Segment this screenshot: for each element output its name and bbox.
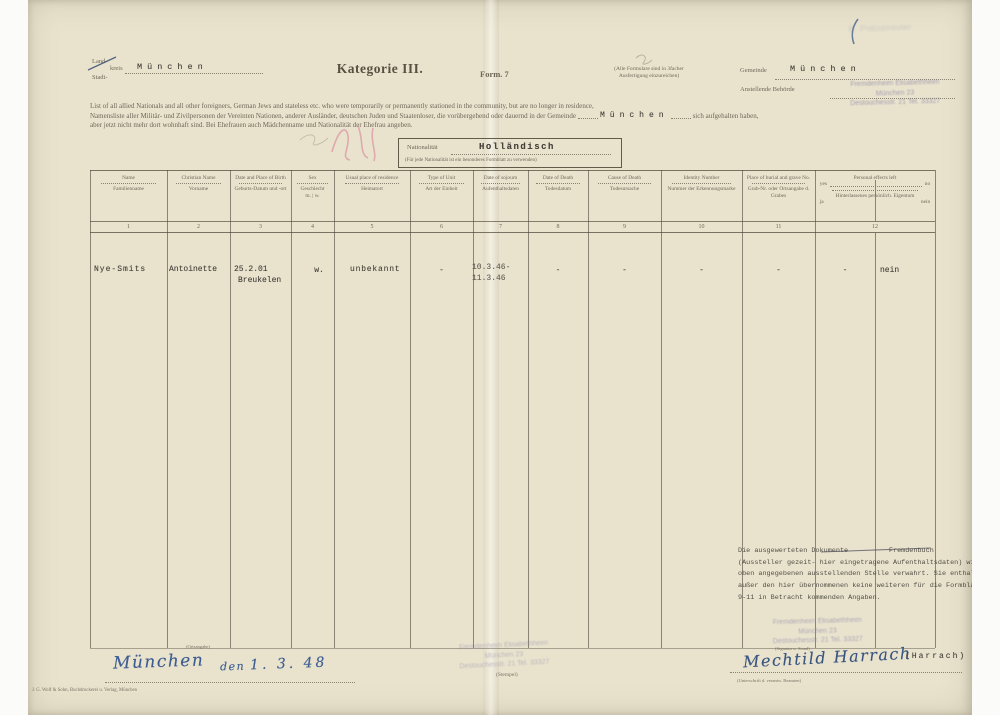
intro-german-after: sich aufgehalten haben, (693, 112, 759, 120)
entry-death-cause: - (588, 266, 661, 275)
table-rule (528, 170, 529, 648)
header-dotted-divider (419, 183, 464, 184)
col-header-identity: Identity Number Nummer der Erkennungsmar… (661, 172, 742, 220)
col-de: Vorname (189, 186, 208, 192)
copies-note-line1: (Alle Formulare sind in 3facher (614, 66, 684, 72)
entry-birth-date: 25.2.01 (234, 265, 268, 274)
form-number: Form. 7 (480, 69, 509, 79)
header-dotted-divider (536, 183, 579, 184)
header-dotted-divider (672, 183, 730, 184)
col-num: 3 (230, 222, 291, 232)
table-rule (90, 170, 935, 171)
nationality-blank-line (451, 153, 611, 155)
remark-line: oben angegebenen ausstellenden Stelle ve… (738, 569, 972, 581)
header-dotted-divider (176, 183, 221, 184)
intro-german-line2: aber jetzt nicht mehr dort wohnhaft sind… (90, 121, 412, 129)
gemeinde-value: München (790, 64, 861, 74)
page-title: Kategorie III. (325, 61, 435, 77)
copies-note-line2: Ausfertigung einzureichen) (619, 73, 679, 79)
nationality-box: Nationalität Holländisch (Für jede Natio… (398, 138, 622, 168)
entry-effects-yes: - (815, 266, 875, 275)
col-header-burial: Place of burial and grave No. Grab-Nr. o… (742, 172, 815, 220)
remark-line: 9-11 in Betracht kommenden Angaben. (738, 593, 972, 605)
col-de: Todesursache (610, 186, 639, 192)
scanned-document-page: Land- kreis Stadt- München Kategorie III… (0, 0, 1000, 715)
place-handwritten: München (113, 650, 205, 673)
nationality-value: Holländisch (479, 142, 555, 152)
col-en: Date of Death (543, 175, 573, 181)
behoerde-label: Anstellende Behörde (740, 86, 795, 93)
table-rule (90, 232, 935, 233)
intro-german-place: München (600, 111, 669, 120)
col-en: Date and Place of Birth (235, 175, 286, 181)
dotted-leader (830, 186, 922, 187)
table-rule (334, 170, 335, 648)
kreis-label: kreis (110, 65, 123, 72)
col-de: Art der Einheit (425, 186, 457, 192)
entry-sex: w. (306, 266, 332, 275)
col-en: Usual place of residence (346, 175, 399, 181)
col-en: Christian Name (182, 175, 216, 181)
printer-imprint: J. G. Wolf & Sohn, Buchdruckerei u. Verl… (32, 688, 137, 693)
place-date-line (105, 681, 355, 683)
effects-yes-no-row-de: ja nein (820, 199, 930, 205)
col-de: Grab-Nr. oder Ortsangabe d. Grabes (742, 186, 815, 199)
entry-death-date: - (528, 266, 588, 275)
entry-sojourn-from: 10.3.46- (472, 263, 510, 272)
col-num: 10 (661, 222, 742, 232)
effects-no-de: nein (921, 199, 930, 205)
remark-line: (Aussteller gezeit- hier eingetragene Au… (738, 558, 972, 570)
col-header-sojourn: Date of sojourn Aufenthaltsdaten (473, 172, 528, 220)
col-en: Identity Number (684, 175, 720, 181)
table-rule (473, 170, 474, 648)
copies-note: (Alle Formulare sind in 3facher Ausferti… (594, 66, 704, 80)
col-num: 12 (815, 222, 935, 232)
paper: Land- kreis Stadt- München Kategorie III… (28, 0, 972, 715)
land-label: Land- (92, 58, 108, 65)
gemeinde-label: Gemeinde (740, 67, 767, 74)
header-dotted-divider (598, 183, 651, 184)
col-de: Geburts-Datum und -ort (234, 186, 286, 192)
col-en: Place of burial and grave No. (747, 175, 810, 181)
col-num: 1 (90, 222, 167, 232)
col-sub-mw: m. | w. (305, 193, 319, 199)
col-header-unit: Type of Unit Art der Einheit (410, 172, 473, 220)
col-de: Aufenthaltsdaten (482, 186, 519, 192)
entry-burial-place: - (742, 266, 815, 275)
table-rule (90, 170, 91, 648)
col-en: Date of sojourn (484, 175, 518, 181)
stadt-label: Stadt- (92, 74, 108, 81)
col-en: Cause of Death (608, 175, 641, 181)
col-header-name: Name Familienname (90, 172, 167, 220)
intro-german-before: Namensliste aller Militär- und Zivilpers… (90, 112, 576, 120)
header-dotted-divider (297, 183, 328, 184)
col-en: Name (122, 175, 135, 181)
entry-sojourn-to: 11.3.46 (472, 274, 506, 283)
red-pencil-scribble (332, 126, 375, 161)
ort-label: (Ortsangabe) (186, 644, 210, 649)
effects-yes-no-row-en: yes no (820, 181, 930, 187)
entry-birth-place: Breukelen (238, 276, 281, 285)
header-dotted-divider (345, 183, 400, 184)
signature-typed: (Harrach) (905, 652, 966, 661)
col-num: 4 (291, 222, 334, 232)
signature-line (730, 671, 962, 673)
col-de: Heimatort (361, 186, 383, 192)
col-de: Familienname (113, 186, 144, 192)
intro-blank-dots-right (671, 117, 691, 119)
entry-residence: unbekannt (350, 265, 400, 274)
col-header-christian-name: Christian Name Vorname (167, 172, 230, 220)
intro-german-line1: Namensliste aller Militär- und Zivilpers… (90, 111, 758, 120)
col-header-residence: Usual place of residence Heimatort (334, 172, 410, 220)
office-stamp-center: Fremdenheim Elisabethheim München 23 Des… (427, 637, 580, 673)
col-header-sex: Sex Geschlecht m. | w. (291, 172, 334, 220)
den-label-handwritten: den (220, 660, 245, 673)
entry-unit: - (410, 266, 473, 275)
region-value: München (137, 62, 208, 72)
table-rule (588, 170, 589, 648)
office-stamp-top: Fremdenheim Elisabethheim München 23 Des… (820, 77, 971, 109)
region-blank-line (125, 72, 263, 74)
entry-christian-name: Antoinette (169, 265, 217, 274)
col-header-birth: Date and Place of Birth Geburts-Datum un… (230, 172, 291, 220)
remark-line: außer den hier übernommenen keine weiter… (738, 581, 972, 593)
nationality-label: Nationalität (407, 144, 438, 151)
col-header-effects: Personal effects left yes no Hinterlasse… (815, 172, 935, 220)
signature-role-label: (Unterschrift d. verantw. Beamten) (737, 678, 801, 683)
col-num: 11 (742, 222, 815, 232)
header-dotted-divider (832, 190, 918, 191)
table-rule (410, 170, 411, 648)
col-num: 9 (588, 222, 661, 232)
effects-yes-en: yes (820, 181, 827, 187)
header-dotted-divider (101, 183, 156, 184)
col-num: 2 (167, 222, 230, 232)
table-rule (230, 170, 231, 648)
pencil-scribble-left (300, 135, 328, 145)
header-dotted-divider (752, 183, 805, 184)
col-num: 7 (473, 222, 528, 232)
entry-family-name: Nye-Smits (94, 265, 146, 274)
effects-yes-de: ja (820, 199, 824, 205)
col-header-death-date: Date of Death Todesdatum (528, 172, 588, 220)
col-en: Sex (308, 175, 316, 181)
col-de: Nummer der Erkennungsmarke (668, 186, 736, 192)
remark-line: Die ausgewerteten Dokumente Fremdenbuch (738, 546, 972, 558)
table-rule (291, 170, 292, 648)
entry-identity-number: - (661, 266, 742, 275)
col-en: Type of Unit (428, 175, 455, 181)
intro-blank-dots-left (578, 117, 598, 119)
col-num: 6 (410, 222, 473, 232)
office-stamp-right: Fremdenheim Elisabethheim München 23 Des… (755, 615, 881, 647)
table-rule (167, 170, 168, 648)
effects-no-en: no (925, 181, 930, 187)
header-dotted-divider (239, 183, 283, 184)
nationality-note: (Für jede Nationalität ist ein besondere… (405, 158, 537, 163)
col-header-death-cause: Cause of Death Todesursache (588, 172, 661, 220)
intro-english: List of all allied Nationals and all oth… (90, 102, 594, 110)
date-handwritten: 1. 3. 48 (250, 655, 328, 674)
entry-effects-no: nein (880, 266, 899, 275)
stempel-label: (Stempel) (496, 672, 518, 678)
header-dotted-divider (481, 183, 521, 184)
col-de: Todesdatum (545, 186, 571, 192)
col-num: 5 (334, 222, 410, 232)
pencil-scribble-copies-note (636, 55, 652, 64)
col-num: 8 (528, 222, 588, 232)
remark-block: Die ausgewerteten Dokumente Fremdenbuch … (738, 546, 972, 605)
table-rule (661, 170, 662, 648)
faint-police-stamp: B. Polizeirevier (820, 22, 940, 36)
